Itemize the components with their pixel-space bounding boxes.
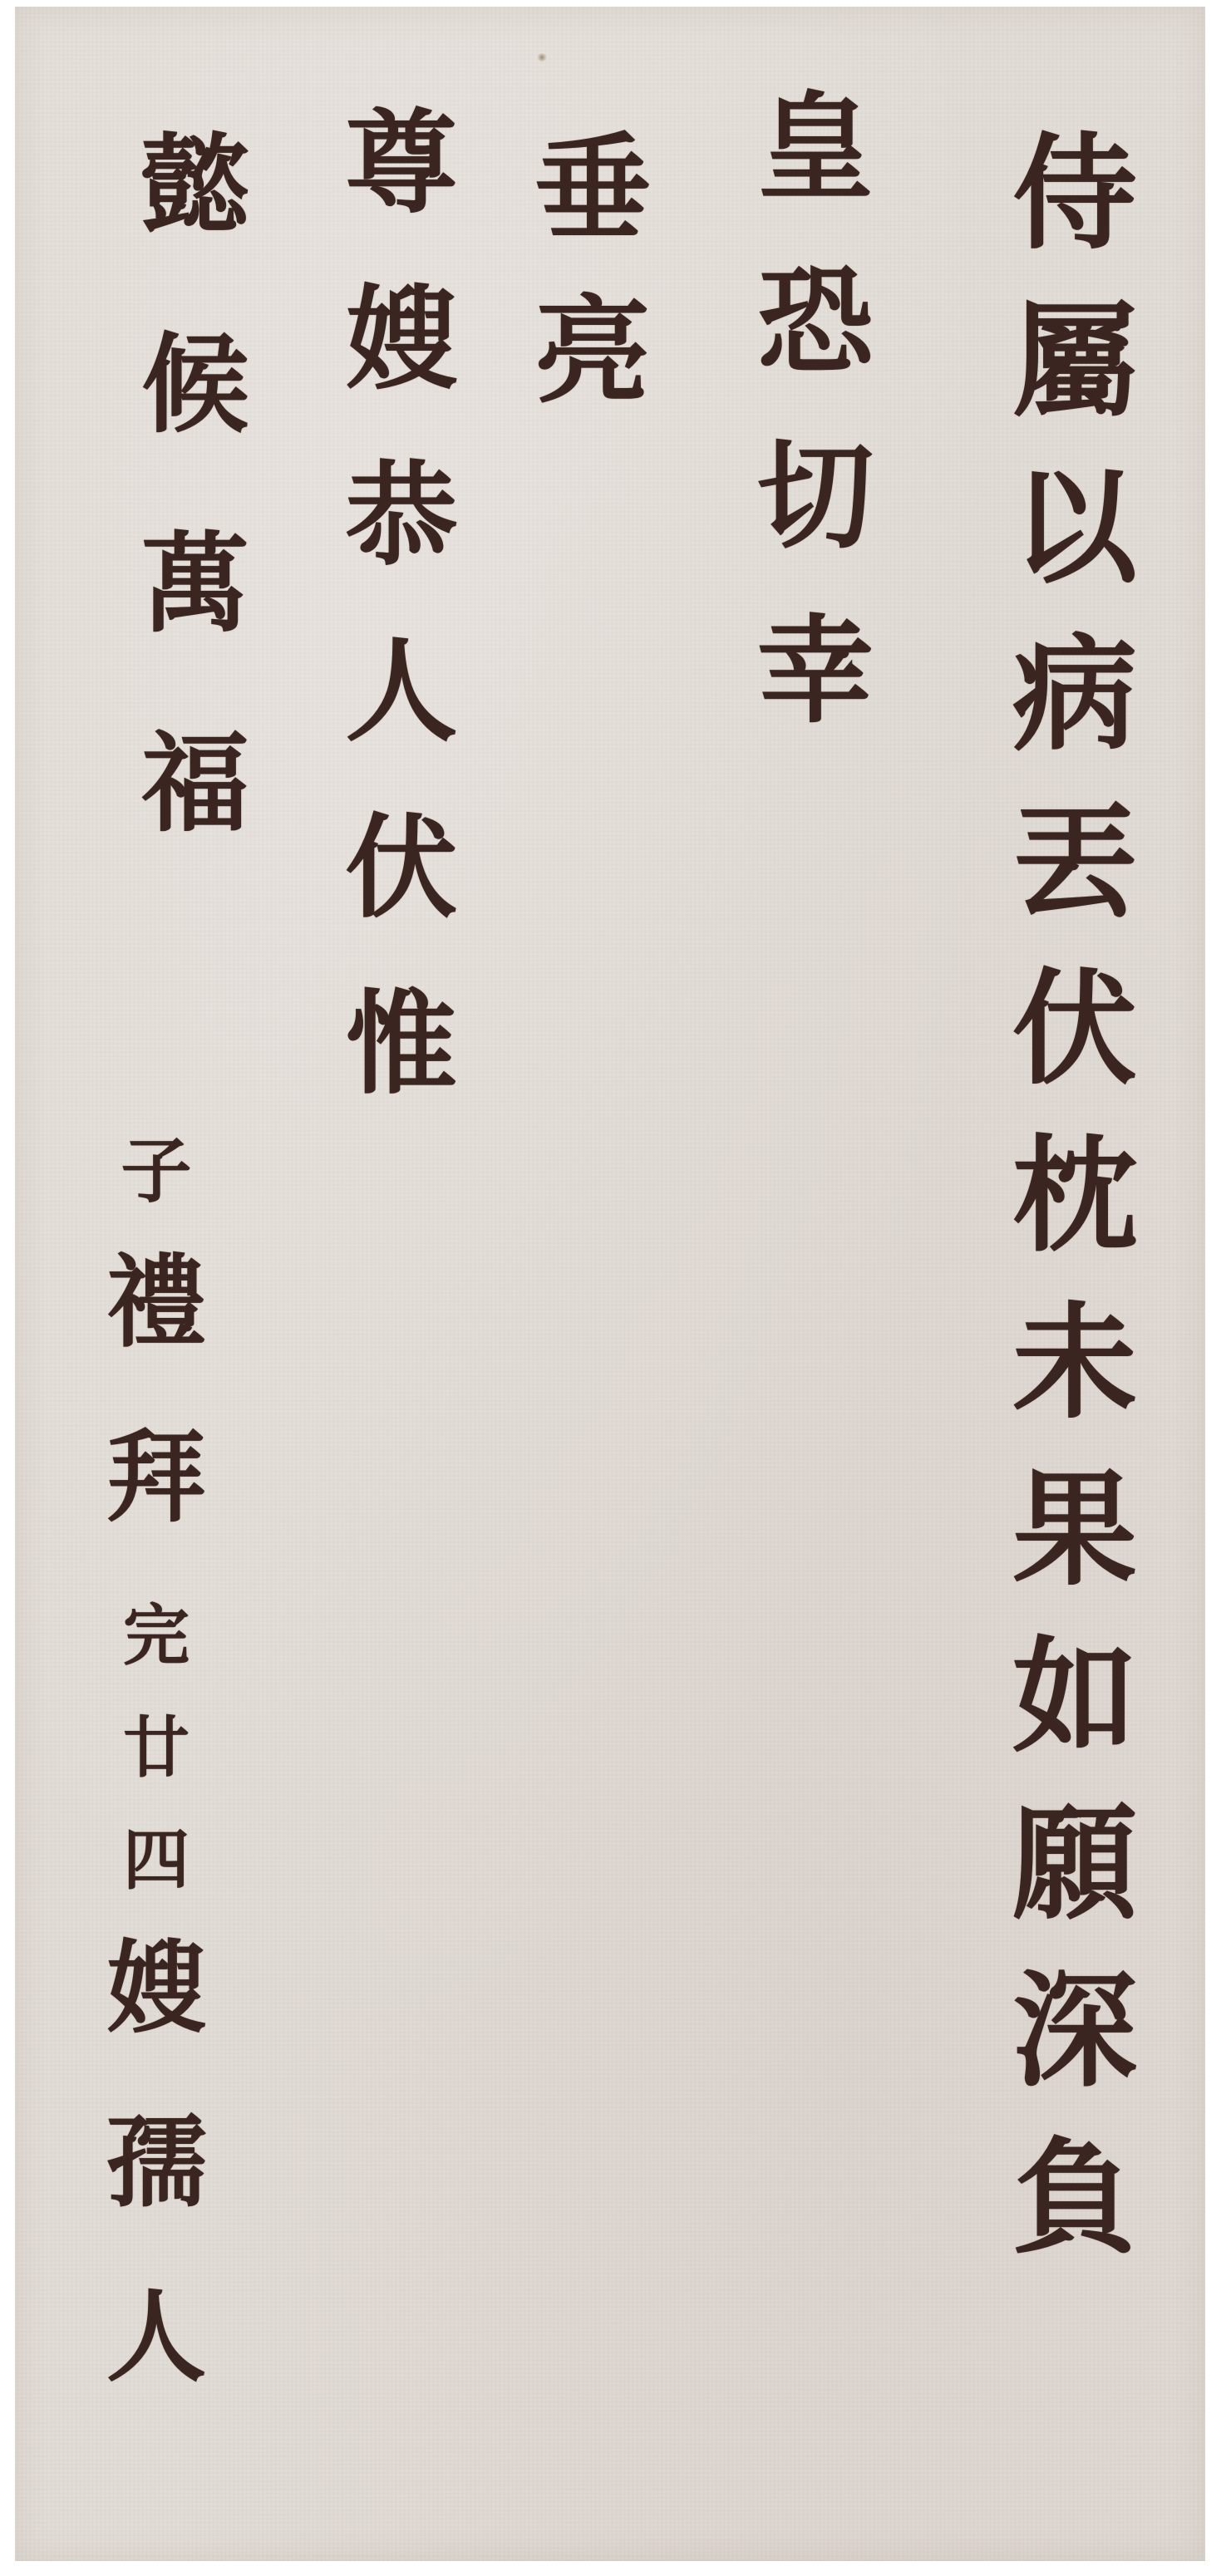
calligraphy-char: 廿: [123, 1714, 190, 1826]
calligraphy-column-5: 懿 候 萬 福: [108, 131, 283, 929]
calligraphy-column-3: 垂 亮: [510, 131, 676, 455]
calligraphy-char: 懿: [141, 131, 249, 331]
calligraphy-char: 願: [1012, 1802, 1137, 1969]
calligraphy-char: 垂: [534, 131, 651, 293]
calligraphy-char: 恐: [757, 264, 874, 439]
calligraphy-char: 嫂: [346, 283, 458, 459]
calligraphy-char: 四: [123, 1826, 190, 1939]
calligraphy-char: 屬: [1012, 298, 1137, 465]
calligraphy-char: 切: [757, 439, 874, 613]
calligraphy-char: 尊: [346, 106, 458, 283]
calligraphy-char: 枕: [1012, 1133, 1137, 1300]
calligraphy-char: 果: [1012, 1467, 1137, 1635]
calligraphy-char: 福: [141, 730, 249, 929]
calligraphy-char: 伏: [1012, 966, 1137, 1133]
calligraphy-char: 侍: [1012, 131, 1137, 298]
calligraphy-char: 深: [1012, 1969, 1137, 2136]
calligraphy-paper: 侍 屬 以 病 丟 伏 枕 未 果 如 願 深 負 皇 恐 切 幸 垂 亮 尊 …: [15, 7, 1205, 2561]
calligraphy-char: 負: [1012, 2136, 1137, 2303]
calligraphy-char: 萬: [141, 530, 249, 730]
calligraphy-char: 完: [123, 1602, 190, 1714]
paper-stain: [537, 53, 547, 61]
calligraphy-char: 以: [1012, 465, 1137, 632]
calligraphy-char: 孺: [106, 2113, 206, 2288]
calligraphy-char: 丟: [1012, 799, 1137, 966]
calligraphy-char: 人: [106, 2288, 206, 2462]
calligraphy-column-1: 侍 屬 以 病 丟 伏 枕 未 果 如 願 深 負: [979, 131, 1170, 2303]
calligraphy-char: 伏: [346, 811, 458, 987]
calligraphy-signature-column: 子 禮 拜 完 廿 四 嫂 孺 人: [65, 1137, 248, 2462]
calligraphy-char: 惟: [346, 987, 458, 1163]
calligraphy-char: 未: [1012, 1300, 1137, 1467]
calligraphy-column-2: 皇 恐 切 幸: [728, 90, 903, 788]
calligraphy-char: 亮: [534, 293, 651, 455]
calligraphy-char: 人: [346, 635, 458, 811]
calligraphy-column-4: 尊 嫂 恭 人 伏 惟: [310, 106, 493, 1163]
calligraphy-char: 禮: [106, 1253, 206, 1428]
calligraphy-char: 如: [1012, 1635, 1137, 1802]
calligraphy-char: 子: [121, 1137, 191, 1253]
calligraphy-char: 嫂: [106, 1939, 206, 2113]
calligraphy-char: 病: [1012, 632, 1137, 799]
calligraphy-char: 皇: [757, 90, 874, 264]
calligraphy-char: 幸: [757, 613, 874, 788]
calligraphy-char: 恭: [346, 459, 458, 635]
calligraphy-char: 候: [141, 331, 249, 530]
calligraphy-char: 拜: [106, 1428, 206, 1602]
